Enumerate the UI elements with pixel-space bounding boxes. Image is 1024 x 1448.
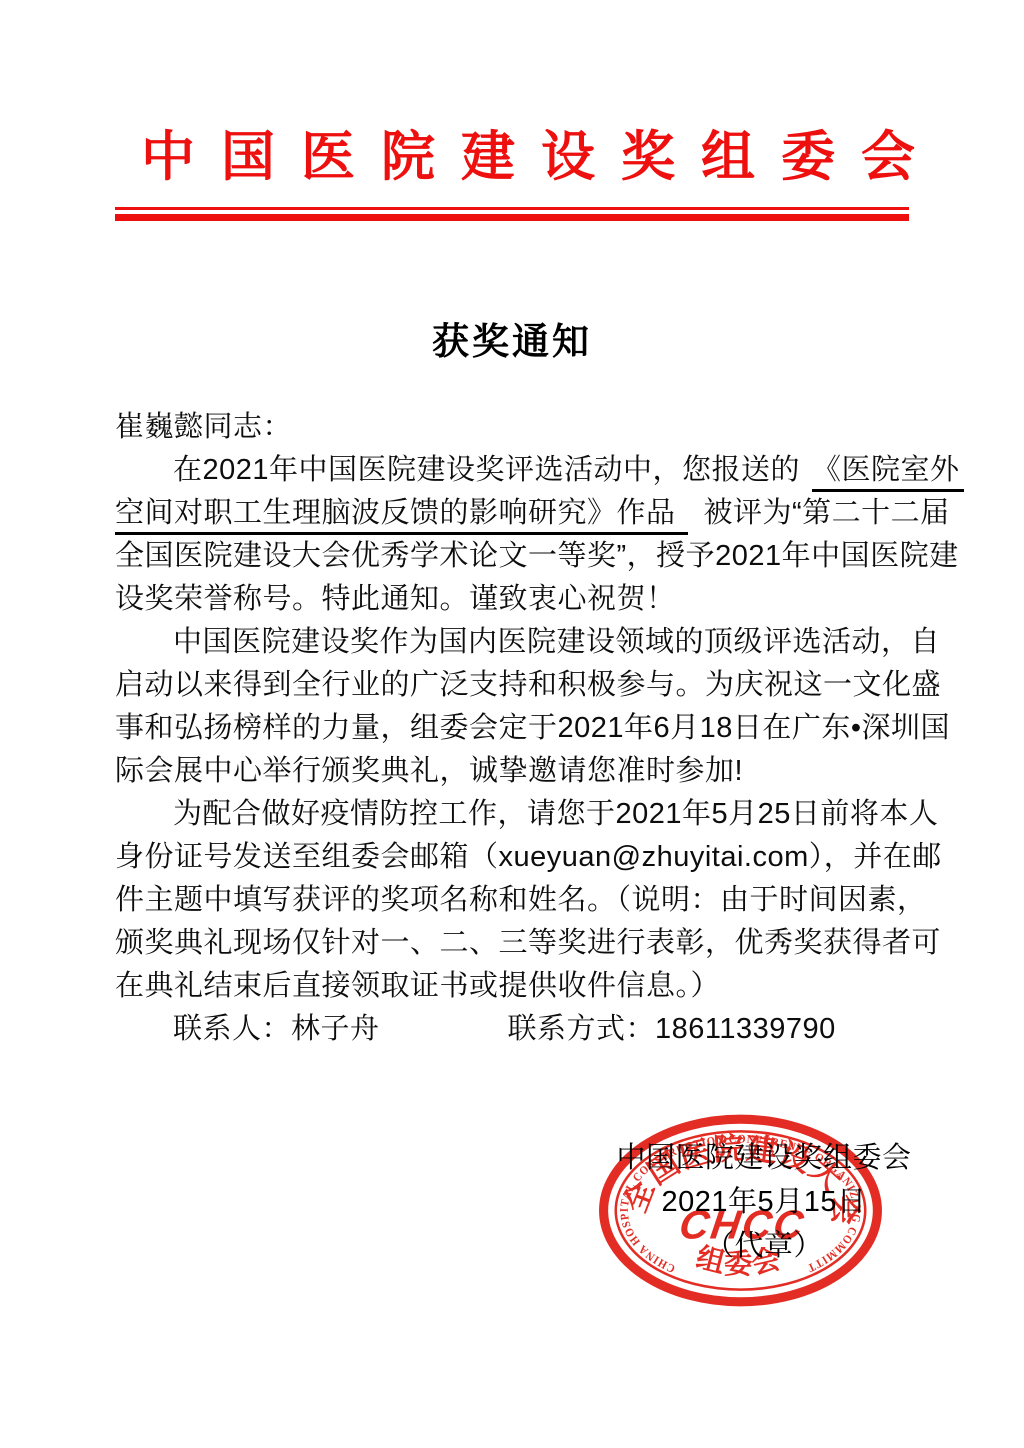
entry-title-underlined: 空间对职工生理脑波反馈的影响研究》作品 <box>115 497 688 535</box>
body-line: 中国医院建设奖作为国内医院建设领域的顶级评选活动，自 <box>115 621 915 664</box>
notice-title: 获奖通知 <box>0 318 1024 366</box>
body-line: 颁奖典礼现场仅针对一、二、三等奖进行表彰，优秀奖获得者可 <box>115 922 915 965</box>
contact-phone: 联系方式：18611339790 <box>508 1013 836 1045</box>
body-line: 为配合做好疫情防控工作，请您于2021年5月25日前将本人 <box>115 793 915 836</box>
contact-line: 联系人：林子舟联系方式：18611339790 <box>115 1008 915 1051</box>
body-line: 在2021年中国医院建设奖评选活动中，您报送的《医院室外 <box>115 449 915 492</box>
award-notice-letter: 中国医院建设奖组委会 获奖通知 崔巍懿同志： 在2021年中国医院建设奖评选活动… <box>0 0 1024 1448</box>
body-line: 设奖荣誉称号。特此通知。谨致衷心祝贺！ <box>115 578 915 621</box>
letterhead-rule-thin <box>115 207 909 210</box>
body-line: 在典礼结束后直接领取证书或提供收件信息。） <box>115 965 915 1008</box>
seal-bottom-text: 组委会 <box>693 1242 786 1281</box>
body-line: 启动以来得到全行业的广泛支持和积极参与。为庆祝这一文化盛 <box>115 664 915 707</box>
letterhead-org-title: 中国医院建设奖组委会 <box>115 124 909 190</box>
seal-chcc-logo: CHCC <box>677 1202 809 1248</box>
entry-title-underlined: 《医院室外 <box>812 454 964 492</box>
body-line: 身份证号发送至组委会邮箱（xueyuan@zhuyitai.com），并在邮 <box>115 836 915 879</box>
body-line: 事和弘扬榜样的力量，组委会定于2021年6月18日在广东•深圳国 <box>115 707 915 750</box>
body-line: 空间对职工生理脑波反馈的影响研究》作品被评为“第二十二届 <box>115 492 915 535</box>
body-line: 际会展中心举行颁奖典礼，诚挚邀请您准时参加! <box>115 750 915 793</box>
contact-person: 联系人：林子舟 <box>173 1013 380 1045</box>
letter-body: 崔巍懿同志： 在2021年中国医院建设奖评选活动中，您报送的《医院室外 空间对职… <box>115 406 915 1051</box>
greeting-line: 崔巍懿同志： <box>115 406 915 449</box>
letterhead-rule-thick <box>115 214 909 221</box>
body-line: 件主题中填写获评的奖项名称和姓名。（说明：由于时间因素， <box>115 879 915 922</box>
official-seal-stamp: CHINA HOSPITAL CONSTRUCTION CONFERENCE O… <box>597 1112 885 1310</box>
body-line: 全国医院建设大会优秀学术论文一等奖”，授予2021年中国医院建 <box>115 535 915 578</box>
